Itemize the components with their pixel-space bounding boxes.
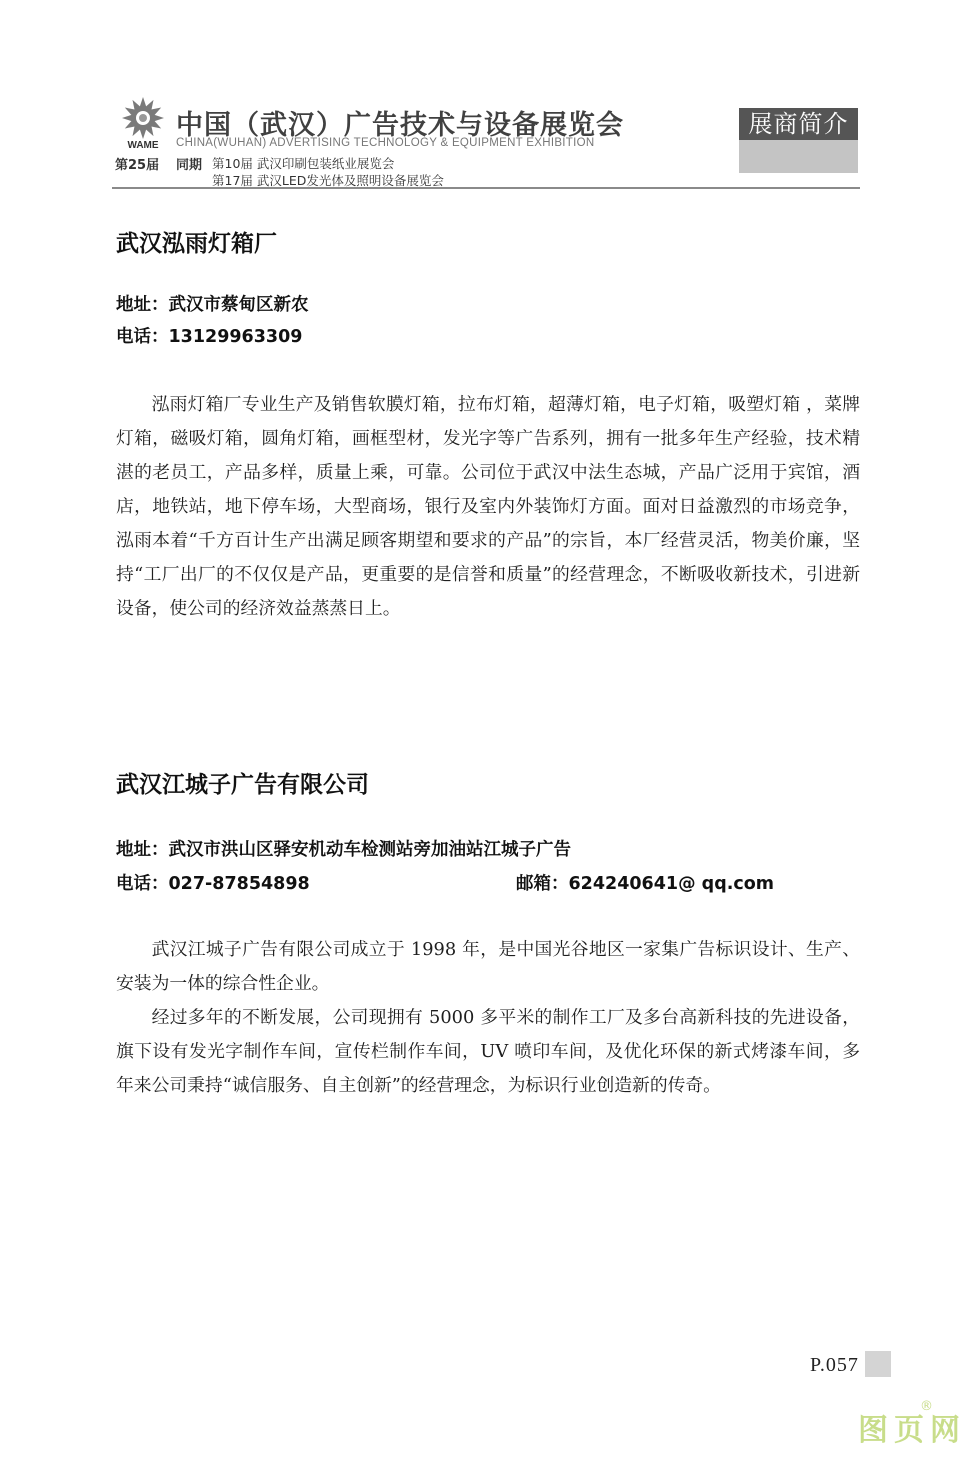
company-description: 经过多年的不断发展，公司现拥有 5000 多平米的制作工厂及多台高新科技的先进设…	[116, 1001, 860, 1103]
company-address: 地址：武汉市洪山区驿安机动车检测站旁加油站江城子广告	[116, 836, 571, 861]
company-name: 武汉泓雨灯箱厂	[116, 225, 277, 258]
email-value: 624240641@ qq.com	[569, 874, 775, 894]
email-label: 邮箱：	[516, 874, 569, 894]
section-badge-block	[739, 140, 858, 173]
company-address: 地址：武汉市蔡甸区新农	[116, 291, 309, 316]
phone-label: 电话：	[116, 327, 169, 347]
phone-value: 027-87854898	[169, 874, 310, 894]
company-phone: 电话：027-87854898	[116, 870, 310, 895]
svg-text:WAME: WAME	[127, 140, 158, 151]
company-name: 武汉江城子广告有限公司	[116, 766, 369, 799]
concurrent-event: 第10届 武汉印刷包装纸业展览会	[212, 154, 394, 172]
address-label: 地址：	[116, 295, 169, 315]
company-description: 武汉江城子广告有限公司成立于 1998 年，是中国光谷地区一家集广告标识设计、生…	[116, 933, 860, 1001]
concurrent-label: 同期	[176, 154, 202, 173]
exhibition-title-english: CHINA(WUHAN) ADVERTISING TECHNOLOGY & EQ…	[176, 137, 594, 149]
section-badge: 展商简介	[739, 108, 858, 140]
page-number-block	[865, 1351, 891, 1377]
company-phone: 电话：13129963309	[116, 323, 302, 348]
phone-label: 电话：	[116, 874, 169, 894]
address-label: 地址：	[116, 840, 169, 860]
page-number: P.057	[810, 1354, 859, 1377]
registered-mark-icon: ®	[920, 1399, 933, 1414]
address-value: 武汉市蔡甸区新农	[169, 295, 309, 315]
header-divider	[112, 187, 860, 189]
company-description: 泓雨灯箱厂专业生产及销售软膜灯箱，拉布灯箱，超薄灯箱，电子灯箱，吸塑灯箱 ，菜牌…	[116, 388, 860, 626]
watermark: 图页网	[858, 1405, 966, 1449]
phone-value: 13129963309	[169, 327, 303, 347]
edition-label: 第25届	[115, 154, 159, 173]
company-email: 邮箱：624240641@ qq.com	[516, 870, 774, 895]
address-value: 武汉市洪山区驿安机动车检测站旁加油站江城子广告	[169, 840, 572, 860]
